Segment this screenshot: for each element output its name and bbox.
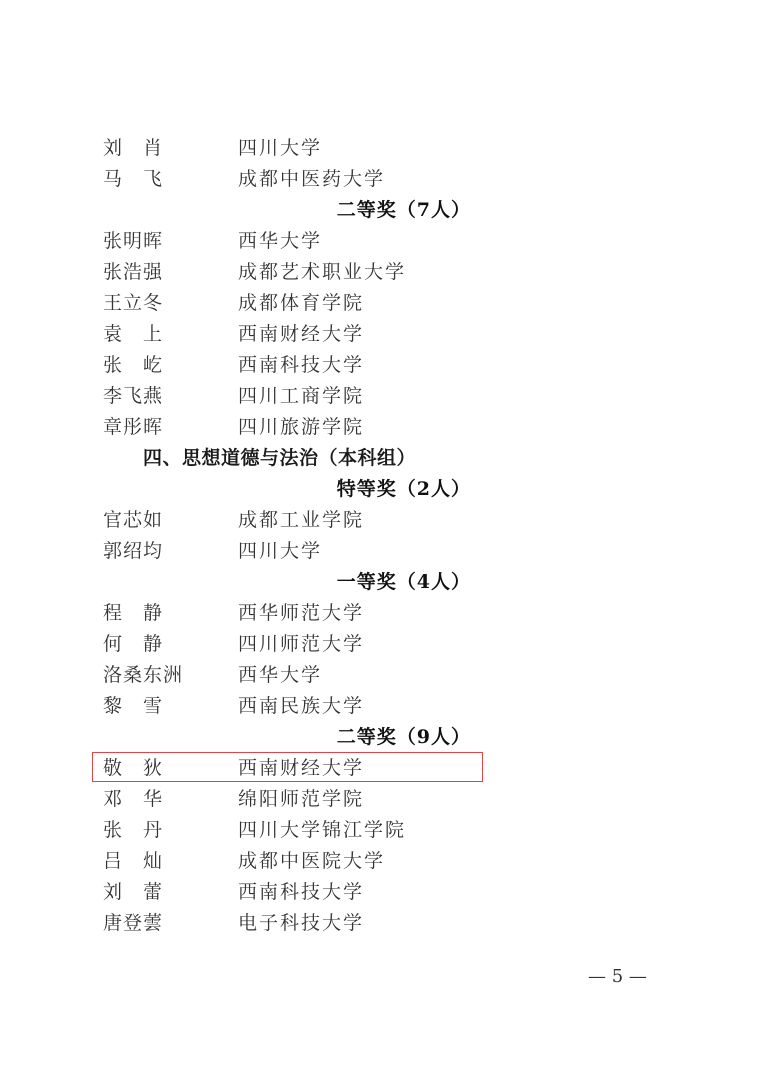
list-item: 李飞燕 四川工商学院 [0, 381, 769, 412]
winner-name: 何 静 [103, 629, 223, 660]
winner-name: 黎 雪 [103, 691, 223, 722]
winner-school: 四川工商学院 [238, 381, 364, 412]
list-item: 官芯如 成都工业学院 [0, 505, 769, 536]
winner-school: 电子科技大学 [238, 908, 364, 939]
winner-school: 成都中医药大学 [238, 164, 385, 195]
winner-name: 洛桑东洲 [103, 660, 223, 691]
list-item: 马 飞 成都中医药大学 [0, 164, 769, 195]
winner-name: 程 静 [103, 598, 223, 629]
list-item: 洛桑东洲 西华大学 [0, 660, 769, 691]
section-title: 四、思想道德与法治（本科组） [143, 443, 416, 474]
winner-name: 李飞燕 [103, 381, 223, 412]
winner-name: 张明晖 [103, 226, 223, 257]
winner-school: 四川大学锦江学院 [238, 815, 406, 846]
winner-name: 王立冬 [103, 288, 223, 319]
winner-school: 成都艺术职业大学 [238, 257, 406, 288]
list-item: 黎 雪 西南民族大学 [0, 691, 769, 722]
winner-name: 刘 肖 [103, 133, 223, 164]
award-title: 一等奖（4人） [337, 567, 471, 598]
list-item: 袁 上 西南财经大学 [0, 319, 769, 350]
winner-school: 西南财经大学 [238, 319, 364, 350]
list-item: 何 静 四川师范大学 [0, 629, 769, 660]
winner-school: 成都体育学院 [238, 288, 364, 319]
award-heading: 一等奖（4人） [0, 567, 769, 598]
list-item: 程 静 西华师范大学 [0, 598, 769, 629]
list-item: 张浩强 成都艺术职业大学 [0, 257, 769, 288]
list-item: 张 屹 西南科技大学 [0, 350, 769, 381]
winner-name: 章彤晖 [103, 412, 223, 443]
award-title: 特等奖（2人） [337, 474, 471, 505]
list-item: 郭绍均 四川大学 [0, 536, 769, 567]
list-item: 王立冬 成都体育学院 [0, 288, 769, 319]
winner-name: 刘 蕾 [103, 877, 223, 908]
winner-school: 西南民族大学 [238, 691, 364, 722]
winner-school: 成都工业学院 [238, 505, 364, 536]
winner-name: 唐登蕓 [103, 908, 223, 939]
winner-name: 张 屹 [103, 350, 223, 381]
list-item: 刘 肖 四川大学 [0, 133, 769, 164]
winner-school: 四川大学 [238, 536, 322, 567]
list-item: 张明晖 西华大学 [0, 226, 769, 257]
winner-school: 四川旅游学院 [238, 412, 364, 443]
list-item: 章彤晖 四川旅游学院 [0, 412, 769, 443]
winner-school: 西华大学 [238, 660, 322, 691]
winner-name: 郭绍均 [103, 536, 223, 567]
list-item: 张 丹 四川大学锦江学院 [0, 815, 769, 846]
winner-school: 成都中医院大学 [238, 846, 385, 877]
winner-school: 西华大学 [238, 226, 322, 257]
winner-school: 四川师范大学 [238, 629, 364, 660]
winner-name: 张 丹 [103, 815, 223, 846]
winner-school: 西南科技大学 [238, 350, 364, 381]
winner-name: 吕 灿 [103, 846, 223, 877]
winner-name: 邓 华 [103, 784, 223, 815]
winner-name: 袁 上 [103, 319, 223, 350]
award-title: 二等奖（9人） [337, 722, 471, 753]
award-heading: 二等奖（9人） [0, 722, 769, 753]
winner-school: 西华师范大学 [238, 598, 364, 629]
winner-school: 西南财经大学 [238, 753, 364, 784]
list-item: 邓 华 绵阳师范学院 [0, 784, 769, 815]
page-number: — 5 — [588, 966, 647, 987]
list-item-highlighted: 敬 狄 西南财经大学 [0, 753, 769, 784]
list-item: 唐登蕓 电子科技大学 [0, 908, 769, 939]
winner-name: 张浩强 [103, 257, 223, 288]
winner-school: 西南科技大学 [238, 877, 364, 908]
document-page: 刘 肖 四川大学 马 飞 成都中医药大学 二等奖（7人） 张明晖 西华大学 张浩… [0, 0, 769, 1080]
winner-name: 官芯如 [103, 505, 223, 536]
list-item: 刘 蕾 西南科技大学 [0, 877, 769, 908]
winner-school: 绵阳师范学院 [238, 784, 364, 815]
award-heading: 二等奖（7人） [0, 195, 769, 226]
winner-name: 马 飞 [103, 164, 223, 195]
winner-name: 敬 狄 [103, 753, 223, 784]
award-heading: 特等奖（2人） [0, 474, 769, 505]
section-heading: 四、思想道德与法治（本科组） [0, 443, 769, 474]
list-item: 吕 灿 成都中医院大学 [0, 846, 769, 877]
winner-school: 四川大学 [238, 133, 322, 164]
award-title: 二等奖（7人） [337, 195, 471, 226]
